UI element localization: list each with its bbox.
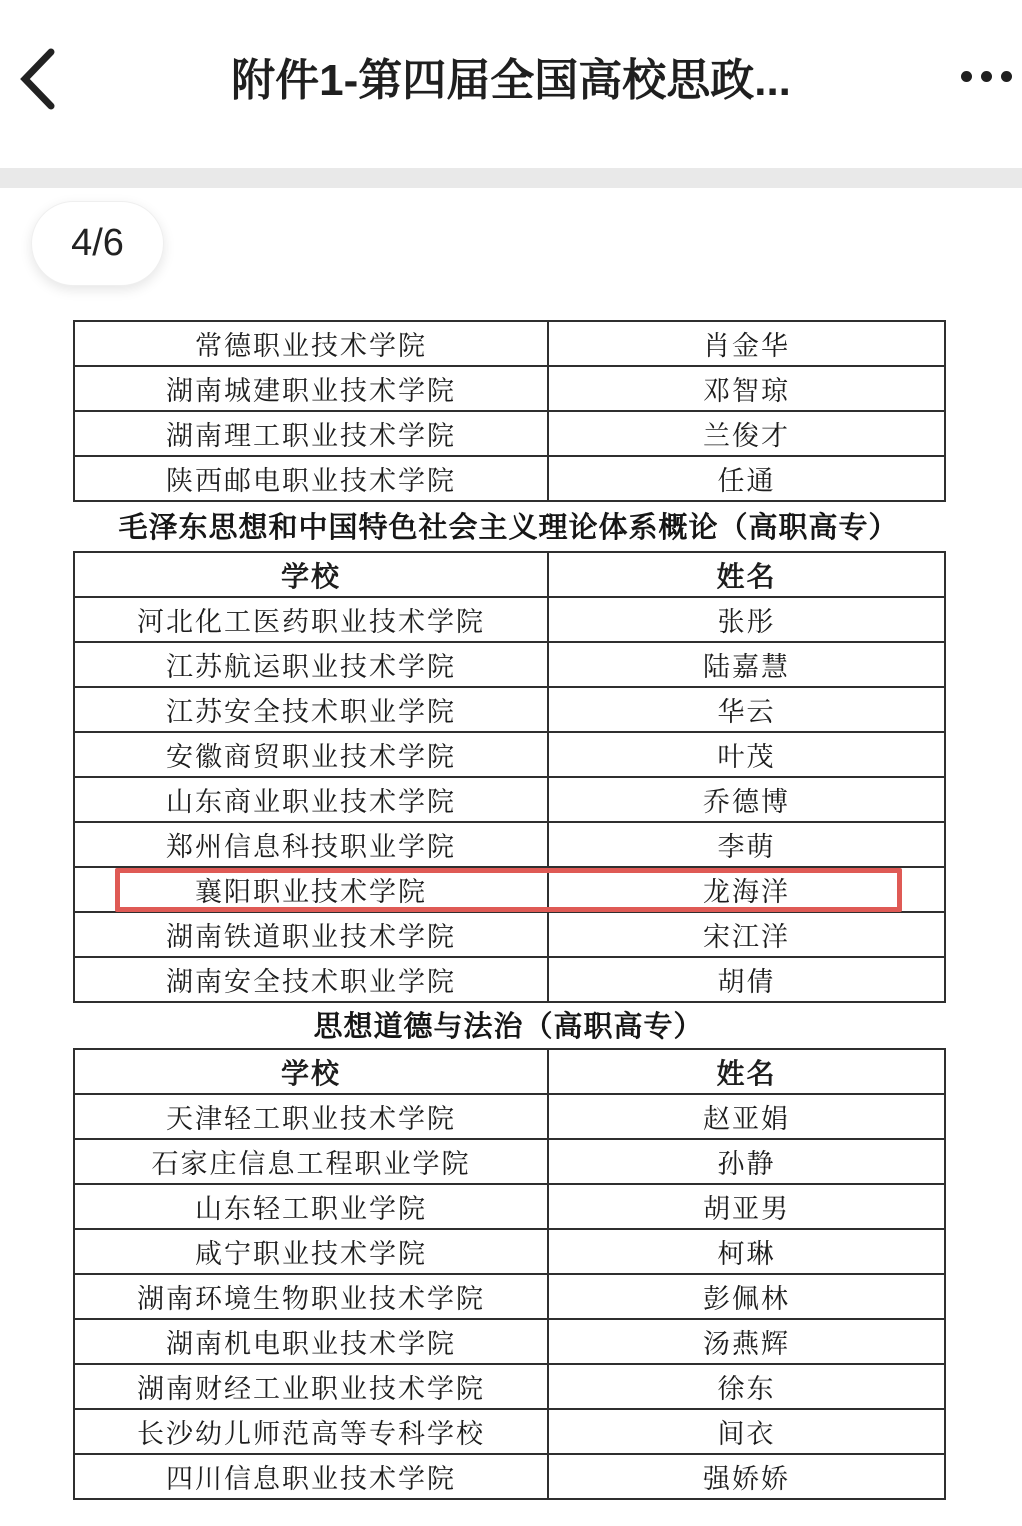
table-row: 咸宁职业技术学院 柯琳: [74, 1229, 945, 1274]
name-column-header: 姓名: [548, 552, 945, 597]
chevron-left-icon: [19, 47, 57, 114]
table-row: 安徽商贸职业技术学院 叶茂: [74, 732, 945, 777]
section-title: 思想道德与法治（高职高专）: [73, 1006, 944, 1048]
ellipsis-icon: [981, 71, 992, 82]
name-column-header: 姓名: [548, 1049, 945, 1094]
name-cell: 李萌: [548, 822, 945, 867]
table-row: 湖南城建职业技术学院 邓智琼: [74, 366, 945, 411]
school-cell: 郑州信息科技职业学院: [74, 822, 548, 867]
name-cell: 强娇娇: [548, 1454, 945, 1499]
name-cell: 张彤: [548, 597, 945, 642]
table-row: 河北化工医药职业技术学院 张彤: [74, 597, 945, 642]
school-column-header: 学校: [74, 1049, 548, 1094]
name-cell: 柯琳: [548, 1229, 945, 1274]
school-cell: 河北化工医药职业技术学院: [74, 597, 548, 642]
table-row: 襄阳职业技术学院 龙海洋: [74, 867, 945, 912]
school-cell: 常德职业技术学院: [74, 321, 548, 366]
table-row: 山东轻工职业学院 胡亚男: [74, 1184, 945, 1229]
table-row: 湖南机电职业技术学院 汤燕辉: [74, 1319, 945, 1364]
name-cell: 华云: [548, 687, 945, 732]
table-row: 四川信息职业技术学院 强娇娇: [74, 1454, 945, 1499]
school-cell: 长沙幼儿师范高等专科学校: [74, 1409, 548, 1454]
school-cell: 石家庄信息工程职业学院: [74, 1139, 548, 1184]
name-cell: 肖金华: [548, 321, 945, 366]
table-row: 江苏安全技术职业学院 华云: [74, 687, 945, 732]
table-header-row: 学校 姓名: [74, 1049, 945, 1094]
school-cell: 湖南铁道职业技术学院: [74, 912, 548, 957]
school-cell: 湖南环境生物职业技术学院: [74, 1274, 548, 1319]
name-cell: 邓智琼: [548, 366, 945, 411]
table-row: 常德职业技术学院 肖金华: [74, 321, 945, 366]
school-cell: 天津轻工职业技术学院: [74, 1094, 548, 1139]
table-section-1: 学校 姓名 天津轻工职业技术学院 赵亚娟 石家庄信息工程职业学院 孙静 山东轻工…: [73, 1048, 946, 1500]
name-cell: 汤燕辉: [548, 1319, 945, 1364]
school-cell: 陕西邮电职业技术学院: [74, 456, 548, 501]
name-cell: 宋江洋: [548, 912, 945, 957]
table-row: 湖南铁道职业技术学院 宋江洋: [74, 912, 945, 957]
name-cell: 间衣: [548, 1409, 945, 1454]
school-cell: 襄阳职业技术学院: [74, 867, 548, 912]
table-continuation: 常德职业技术学院 肖金华 湖南城建职业技术学院 邓智琼 湖南理工职业技术学院 兰…: [73, 320, 946, 502]
table-row: 湖南财经工业职业技术学院 徐东: [74, 1364, 945, 1409]
school-cell: 安徽商贸职业技术学院: [74, 732, 548, 777]
ellipsis-icon: [961, 71, 972, 82]
school-column-header: 学校: [74, 552, 548, 597]
school-cell: 湖南财经工业职业技术学院: [74, 1364, 548, 1409]
name-cell: 乔德博: [548, 777, 945, 822]
name-cell: 胡亚男: [548, 1184, 945, 1229]
ellipsis-icon: [1001, 71, 1012, 82]
table-row: 石家庄信息工程职业学院 孙静: [74, 1139, 945, 1184]
header-divider: [0, 168, 1022, 188]
table-row: 长沙幼儿师范高等专科学校 间衣: [74, 1409, 945, 1454]
name-cell: 龙海洋: [548, 867, 945, 912]
table-section-0: 学校 姓名 河北化工医药职业技术学院 张彤 江苏航运职业技术学院 陆嘉慧 江苏安…: [73, 551, 946, 1003]
name-cell: 兰俊才: [548, 411, 945, 456]
table-row: 天津轻工职业技术学院 赵亚娟: [74, 1094, 945, 1139]
school-cell: 山东轻工职业学院: [74, 1184, 548, 1229]
name-cell: 叶茂: [548, 732, 945, 777]
name-cell: 任通: [548, 456, 945, 501]
table-row: 湖南理工职业技术学院 兰俊才: [74, 411, 945, 456]
section-title: 毛泽东思想和中国特色社会主义理论体系概论（高职高专）: [73, 506, 944, 551]
school-cell: 山东商业职业技术学院: [74, 777, 548, 822]
table-row: 江苏航运职业技术学院 陆嘉慧: [74, 642, 945, 687]
school-cell: 湖南理工职业技术学院: [74, 411, 548, 456]
table-header-row: 学校 姓名: [74, 552, 945, 597]
app-bar: 附件1-第四届全国高校思政...: [0, 0, 1022, 168]
school-cell: 咸宁职业技术学院: [74, 1229, 548, 1274]
table-row: 陕西邮电职业技术学院 任通: [74, 456, 945, 501]
name-cell: 徐东: [548, 1364, 945, 1409]
school-cell: 湖南城建职业技术学院: [74, 366, 548, 411]
table-row: 湖南环境生物职业技术学院 彭佩林: [74, 1274, 945, 1319]
name-cell: 赵亚娟: [548, 1094, 945, 1139]
school-cell: 湖南安全技术职业学院: [74, 957, 548, 1002]
school-cell: 湖南机电职业技术学院: [74, 1319, 548, 1364]
school-cell: 江苏安全技术职业学院: [74, 687, 548, 732]
document-title: 附件1-第四届全国高校思政...: [111, 48, 911, 114]
table-row: 山东商业职业技术学院 乔德博: [74, 777, 945, 822]
back-button[interactable]: [10, 42, 66, 118]
table-row: 湖南安全技术职业学院 胡倩: [74, 957, 945, 1002]
school-cell: 江苏航运职业技术学院: [74, 642, 548, 687]
page-indicator-badge: 4/6: [31, 201, 164, 286]
name-cell: 彭佩林: [548, 1274, 945, 1319]
more-button[interactable]: [948, 52, 1018, 100]
table-row: 郑州信息科技职业学院 李萌: [74, 822, 945, 867]
school-cell: 四川信息职业技术学院: [74, 1454, 548, 1499]
name-cell: 胡倩: [548, 957, 945, 1002]
name-cell: 陆嘉慧: [548, 642, 945, 687]
name-cell: 孙静: [548, 1139, 945, 1184]
